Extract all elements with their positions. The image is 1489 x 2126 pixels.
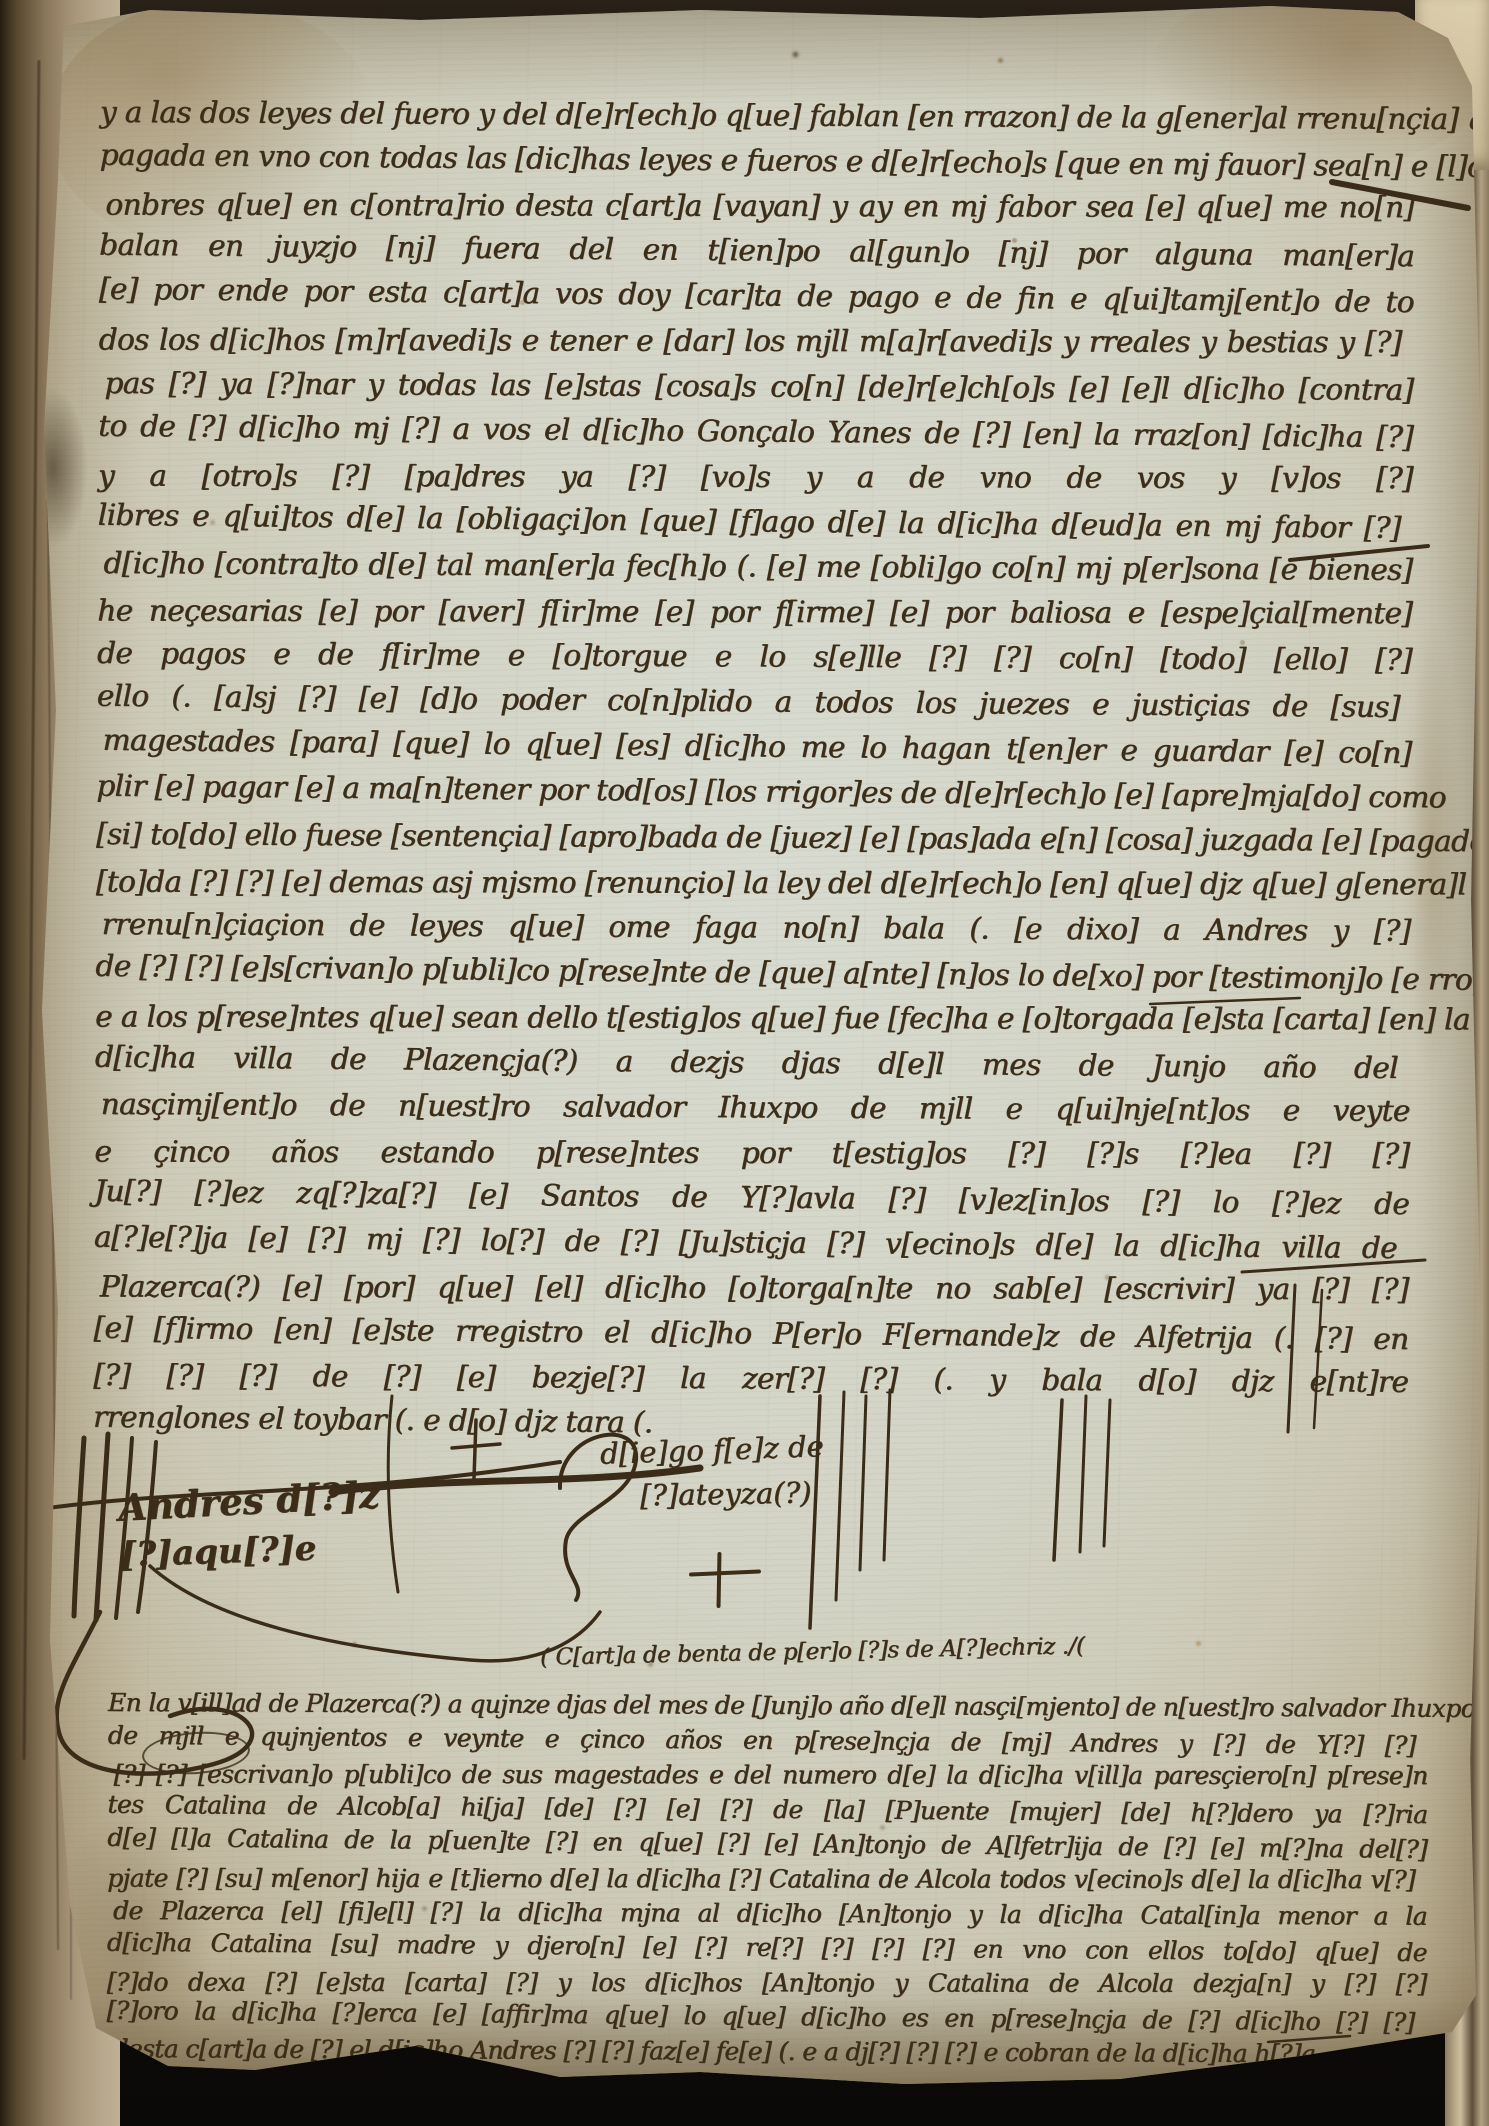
signature-left-line2: [?]aqu[?]e bbox=[119, 1529, 317, 1576]
manuscript-line: a[?]e[?]ja [e] [?] mj [?] lo[?] de [?] [… bbox=[94, 1215, 1409, 1272]
manuscript-line: dos los d[ic]hos [m]r[avedi]s e tener e … bbox=[99, 318, 1414, 366]
binding-crack-line bbox=[23, 60, 41, 1760]
manuscript-line: [to]da [?] [?] [e] demas asj mjsmo [renu… bbox=[96, 859, 1411, 907]
manuscript-line: onbres q[ue] en c[ontra]rio desta c[art]… bbox=[99, 183, 1414, 231]
manuscript-line: pagada en vno con todas las [dic]has ley… bbox=[99, 133, 1414, 190]
main-text-block: y a las dos leyes del fuero y del d[e]r[… bbox=[93, 90, 1415, 1450]
manuscript-page: y a las dos leyes del fuero y del d[e]r[… bbox=[0, 0, 1489, 2126]
second-text-block: En la v[ill]ad de Plazerca(?) a qujnze d… bbox=[106, 1686, 1428, 2072]
manuscript-line: Plazerca(?) [e] [por] q[ue] [el] d[ic]ho… bbox=[94, 1265, 1409, 1313]
manuscript-line: [si] to[do] ello fuese [sentençia] [apro… bbox=[96, 811, 1411, 863]
signature-right-line2: [?]ateyza(?) bbox=[640, 1476, 812, 1513]
manuscript-line: to de [?] d[ic]ho mj [?] a vos el d[ic]h… bbox=[98, 403, 1413, 460]
manuscript-line: nasçimj[ent]o de n[uest]ro salvador Ihux… bbox=[95, 1082, 1410, 1134]
manuscript-photo: y a las dos leyes del fuero y del d[e]r[… bbox=[0, 0, 1489, 2126]
manuscript-line: he neçesarias [e] por [aver] f[ir]me [e]… bbox=[97, 589, 1412, 637]
manuscript-line: pjate [?] [su] m[enor] hija e [t]ierno d… bbox=[107, 1862, 1427, 1898]
manuscript-line: e a los p[rese]ntes q[ue] sean dello t[e… bbox=[95, 994, 1410, 1042]
